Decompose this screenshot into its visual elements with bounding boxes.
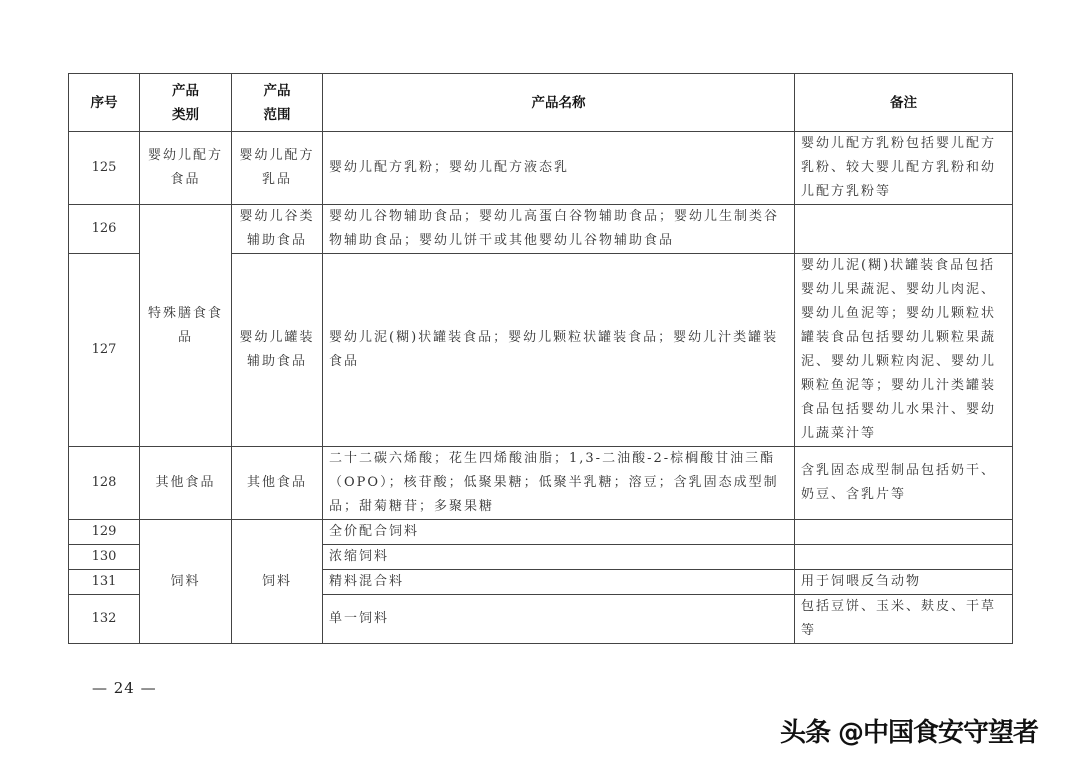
header-seq: 序号 bbox=[69, 74, 140, 132]
cell-seq: 131 bbox=[69, 570, 140, 595]
cell-name: 婴幼儿配方乳粉；婴幼儿配方液态乳 bbox=[323, 132, 795, 205]
cell-remark: 含乳固态成型制品包括奶干、奶豆、含乳片等 bbox=[795, 447, 1013, 520]
watermark: 头条 @中国食安守望者 bbox=[780, 712, 1038, 749]
cell-seq: 126 bbox=[69, 205, 140, 254]
cell-name: 婴幼儿谷物辅助食品；婴幼儿高蛋白谷物辅助食品；婴幼儿生制类谷物辅助食品；婴幼儿饼… bbox=[323, 205, 795, 254]
header-scope-line2: 范围 bbox=[264, 107, 291, 123]
cell-remark: 用于饲喂反刍动物 bbox=[795, 570, 1013, 595]
product-table: 序号 产品类别 产品范围 产品名称 备注 125 婴幼儿配方食品 婴幼儿配方乳品… bbox=[68, 73, 1013, 644]
cell-remark: 包括豆饼、玉米、麸皮、干草等 bbox=[795, 595, 1013, 644]
cell-scope: 其他食品 bbox=[232, 447, 323, 520]
header-name: 产品名称 bbox=[323, 74, 795, 132]
table-row: 126 特殊膳食食品 婴幼儿谷类辅助食品 婴幼儿谷物辅助食品；婴幼儿高蛋白谷物辅… bbox=[69, 205, 1013, 254]
cell-name: 全价配合饲料 bbox=[323, 520, 795, 545]
table-header-row: 序号 产品类别 产品范围 产品名称 备注 bbox=[69, 74, 1013, 132]
table-row: 129 饲料 饲料 全价配合饲料 bbox=[69, 520, 1013, 545]
header-category: 产品类别 bbox=[140, 74, 232, 132]
cell-category: 婴幼儿配方食品 bbox=[140, 132, 232, 205]
cell-remark: 婴幼儿泥(糊)状罐装食品包括婴幼儿果蔬泥、婴幼儿肉泥、婴幼儿鱼泥等；婴幼儿颗粒状… bbox=[795, 254, 1013, 447]
cell-seq: 129 bbox=[69, 520, 140, 545]
header-category-line1: 产品 bbox=[172, 83, 199, 99]
cell-remark bbox=[795, 545, 1013, 570]
cell-remark: 婴幼儿配方乳粉包括婴儿配方乳粉、较大婴儿配方乳粉和幼儿配方乳粉等 bbox=[795, 132, 1013, 205]
table-row: 125 婴幼儿配方食品 婴幼儿配方乳品 婴幼儿配方乳粉；婴幼儿配方液态乳 婴幼儿… bbox=[69, 132, 1013, 205]
cell-scope: 婴幼儿谷类辅助食品 bbox=[232, 205, 323, 254]
cell-category: 其他食品 bbox=[140, 447, 232, 520]
cell-seq: 132 bbox=[69, 595, 140, 644]
cell-seq: 130 bbox=[69, 545, 140, 570]
header-scope: 产品范围 bbox=[232, 74, 323, 132]
cell-name: 单一饲料 bbox=[323, 595, 795, 644]
cell-seq: 127 bbox=[69, 254, 140, 447]
cell-remark bbox=[795, 520, 1013, 545]
cell-scope: 饲料 bbox=[232, 520, 323, 644]
cell-seq: 128 bbox=[69, 447, 140, 520]
page-number: — 24 — bbox=[92, 679, 157, 697]
cell-scope: 婴幼儿罐装辅助食品 bbox=[232, 254, 323, 447]
cell-name: 浓缩饲料 bbox=[323, 545, 795, 570]
cell-remark bbox=[795, 205, 1013, 254]
header-scope-line1: 产品 bbox=[264, 83, 291, 99]
table-row: 128 其他食品 其他食品 二十二碳六烯酸；花生四烯酸油脂；1,3-二油酸-2-… bbox=[69, 447, 1013, 520]
cell-name: 精料混合料 bbox=[323, 570, 795, 595]
header-category-line2: 类别 bbox=[172, 107, 199, 123]
cell-category: 特殊膳食食品 bbox=[140, 205, 232, 447]
cell-category: 饲料 bbox=[140, 520, 232, 644]
header-remark: 备注 bbox=[795, 74, 1013, 132]
cell-seq: 125 bbox=[69, 132, 140, 205]
cell-scope: 婴幼儿配方乳品 bbox=[232, 132, 323, 205]
cell-name: 二十二碳六烯酸；花生四烯酸油脂；1,3-二油酸-2-棕榈酸甘油三酯（OPO）；核… bbox=[323, 447, 795, 520]
cell-name: 婴幼儿泥(糊)状罐装食品；婴幼儿颗粒状罐装食品；婴幼儿汁类罐装食品 bbox=[323, 254, 795, 447]
